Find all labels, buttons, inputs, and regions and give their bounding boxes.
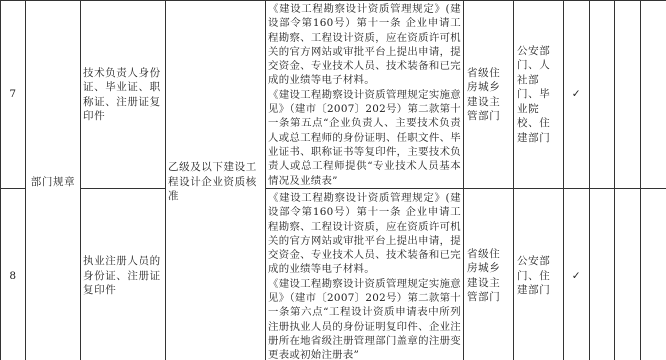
row-number: 7 [1, 1, 26, 189]
approval-matter: 乙级及以下建设工程设计企业资质核准 [166, 1, 266, 360]
requirements-table: 7 部门规章 技术负责人身份证、毕业证、职称证、注册证复印件 乙级及以下建设工程… [0, 0, 666, 360]
empty-cell [590, 1, 615, 189]
source-department: 公安部门、住建部门 [514, 189, 564, 360]
empty-cell [641, 189, 666, 360]
regulation-level: 部门规章 [26, 1, 81, 360]
empty-cell [615, 1, 641, 189]
empty-cell [590, 189, 615, 360]
legal-basis-para: 《建设工程勘察设计资质管理规定实施意见》（建市〔2007〕202号）第二款第十一… [268, 88, 461, 188]
row-number: 8 [1, 189, 26, 360]
legal-basis-para: 《建设工程勘察设计资质管理规定》(建设部令第160号）第十一条 企业申请工程勘察… [268, 2, 461, 88]
empty-cell [615, 189, 641, 360]
legal-basis: 《建设工程勘察设计资质管理规定》(建设部令第160号）第十一条 企业申请工程勘察… [266, 189, 464, 360]
table-row: 7 部门规章 技术负责人身份证、毕业证、职称证、注册证复印件 乙级及以下建设工程… [1, 1, 666, 189]
empty-cell [641, 1, 666, 189]
check-mark: ✓ [564, 1, 590, 189]
material-name: 技术负责人身份证、毕业证、职称证、注册证复印件 [81, 1, 166, 189]
legal-basis-para: 《建设工程勘察设计资质管理规定实施意见》（建市〔2007〕202号）第二款第十一… [268, 277, 461, 360]
source-department: 公安部门、人社部门、毕业院校、住建部门 [514, 1, 564, 189]
issuing-department: 省级住房城乡建设主管部门 [464, 189, 514, 360]
check-mark: ✓ [564, 189, 590, 360]
material-name: 执业注册人员的身份证、注册证复印件 [81, 189, 166, 360]
issuing-department: 省级住房城乡建设主管部门 [464, 1, 514, 189]
legal-basis-para: 《建设工程勘察设计资质管理规定》(建设部令第160号）第十一条 企业申请工程勘察… [268, 191, 461, 277]
legal-basis: 《建设工程勘察设计资质管理规定》(建设部令第160号）第十一条 企业申请工程勘察… [266, 1, 464, 189]
table-row: 8 执业注册人员的身份证、注册证复印件 《建设工程勘察设计资质管理规定》(建设部… [1, 189, 666, 360]
